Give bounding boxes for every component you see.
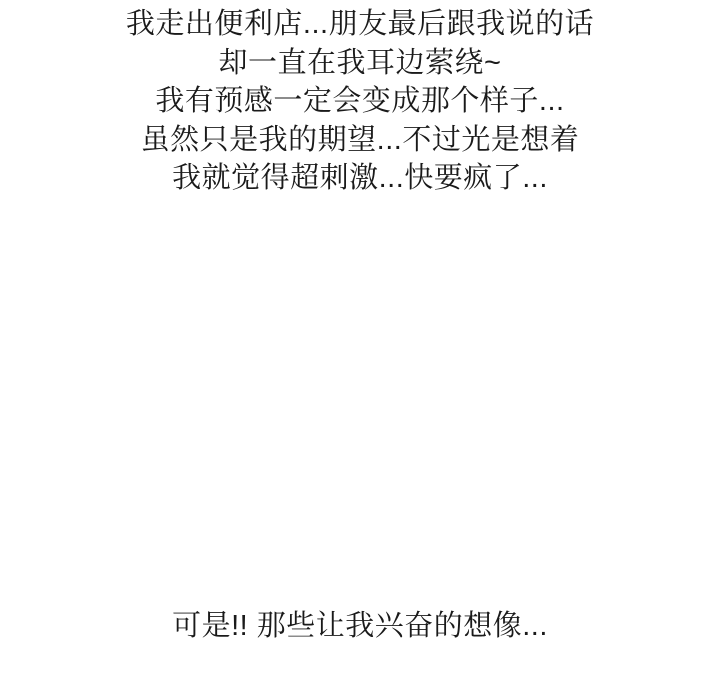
narration-line-3: 我有预感一定会变成那个样子... [0, 82, 720, 121]
narration-line-bottom: 可是!! 那些让我兴奋的想像... [0, 609, 720, 643]
narration-line-2: 却一直在我耳边萦绕~ [0, 44, 720, 83]
comic-page: 我走出便利店...朋友最后跟我说的话 却一直在我耳边萦绕~ 我有预感一定会变成那… [0, 0, 720, 700]
narration-line-4: 虽然只是我的期望...不过光是想着 [0, 121, 720, 160]
narration-block-top: 我走出便利店...朋友最后跟我说的话 却一直在我耳边萦绕~ 我有预感一定会变成那… [0, 5, 720, 198]
narration-line-5: 我就觉得超刺激...快要疯了... [0, 159, 720, 198]
narration-line-1: 我走出便利店...朋友最后跟我说的话 [0, 5, 720, 44]
